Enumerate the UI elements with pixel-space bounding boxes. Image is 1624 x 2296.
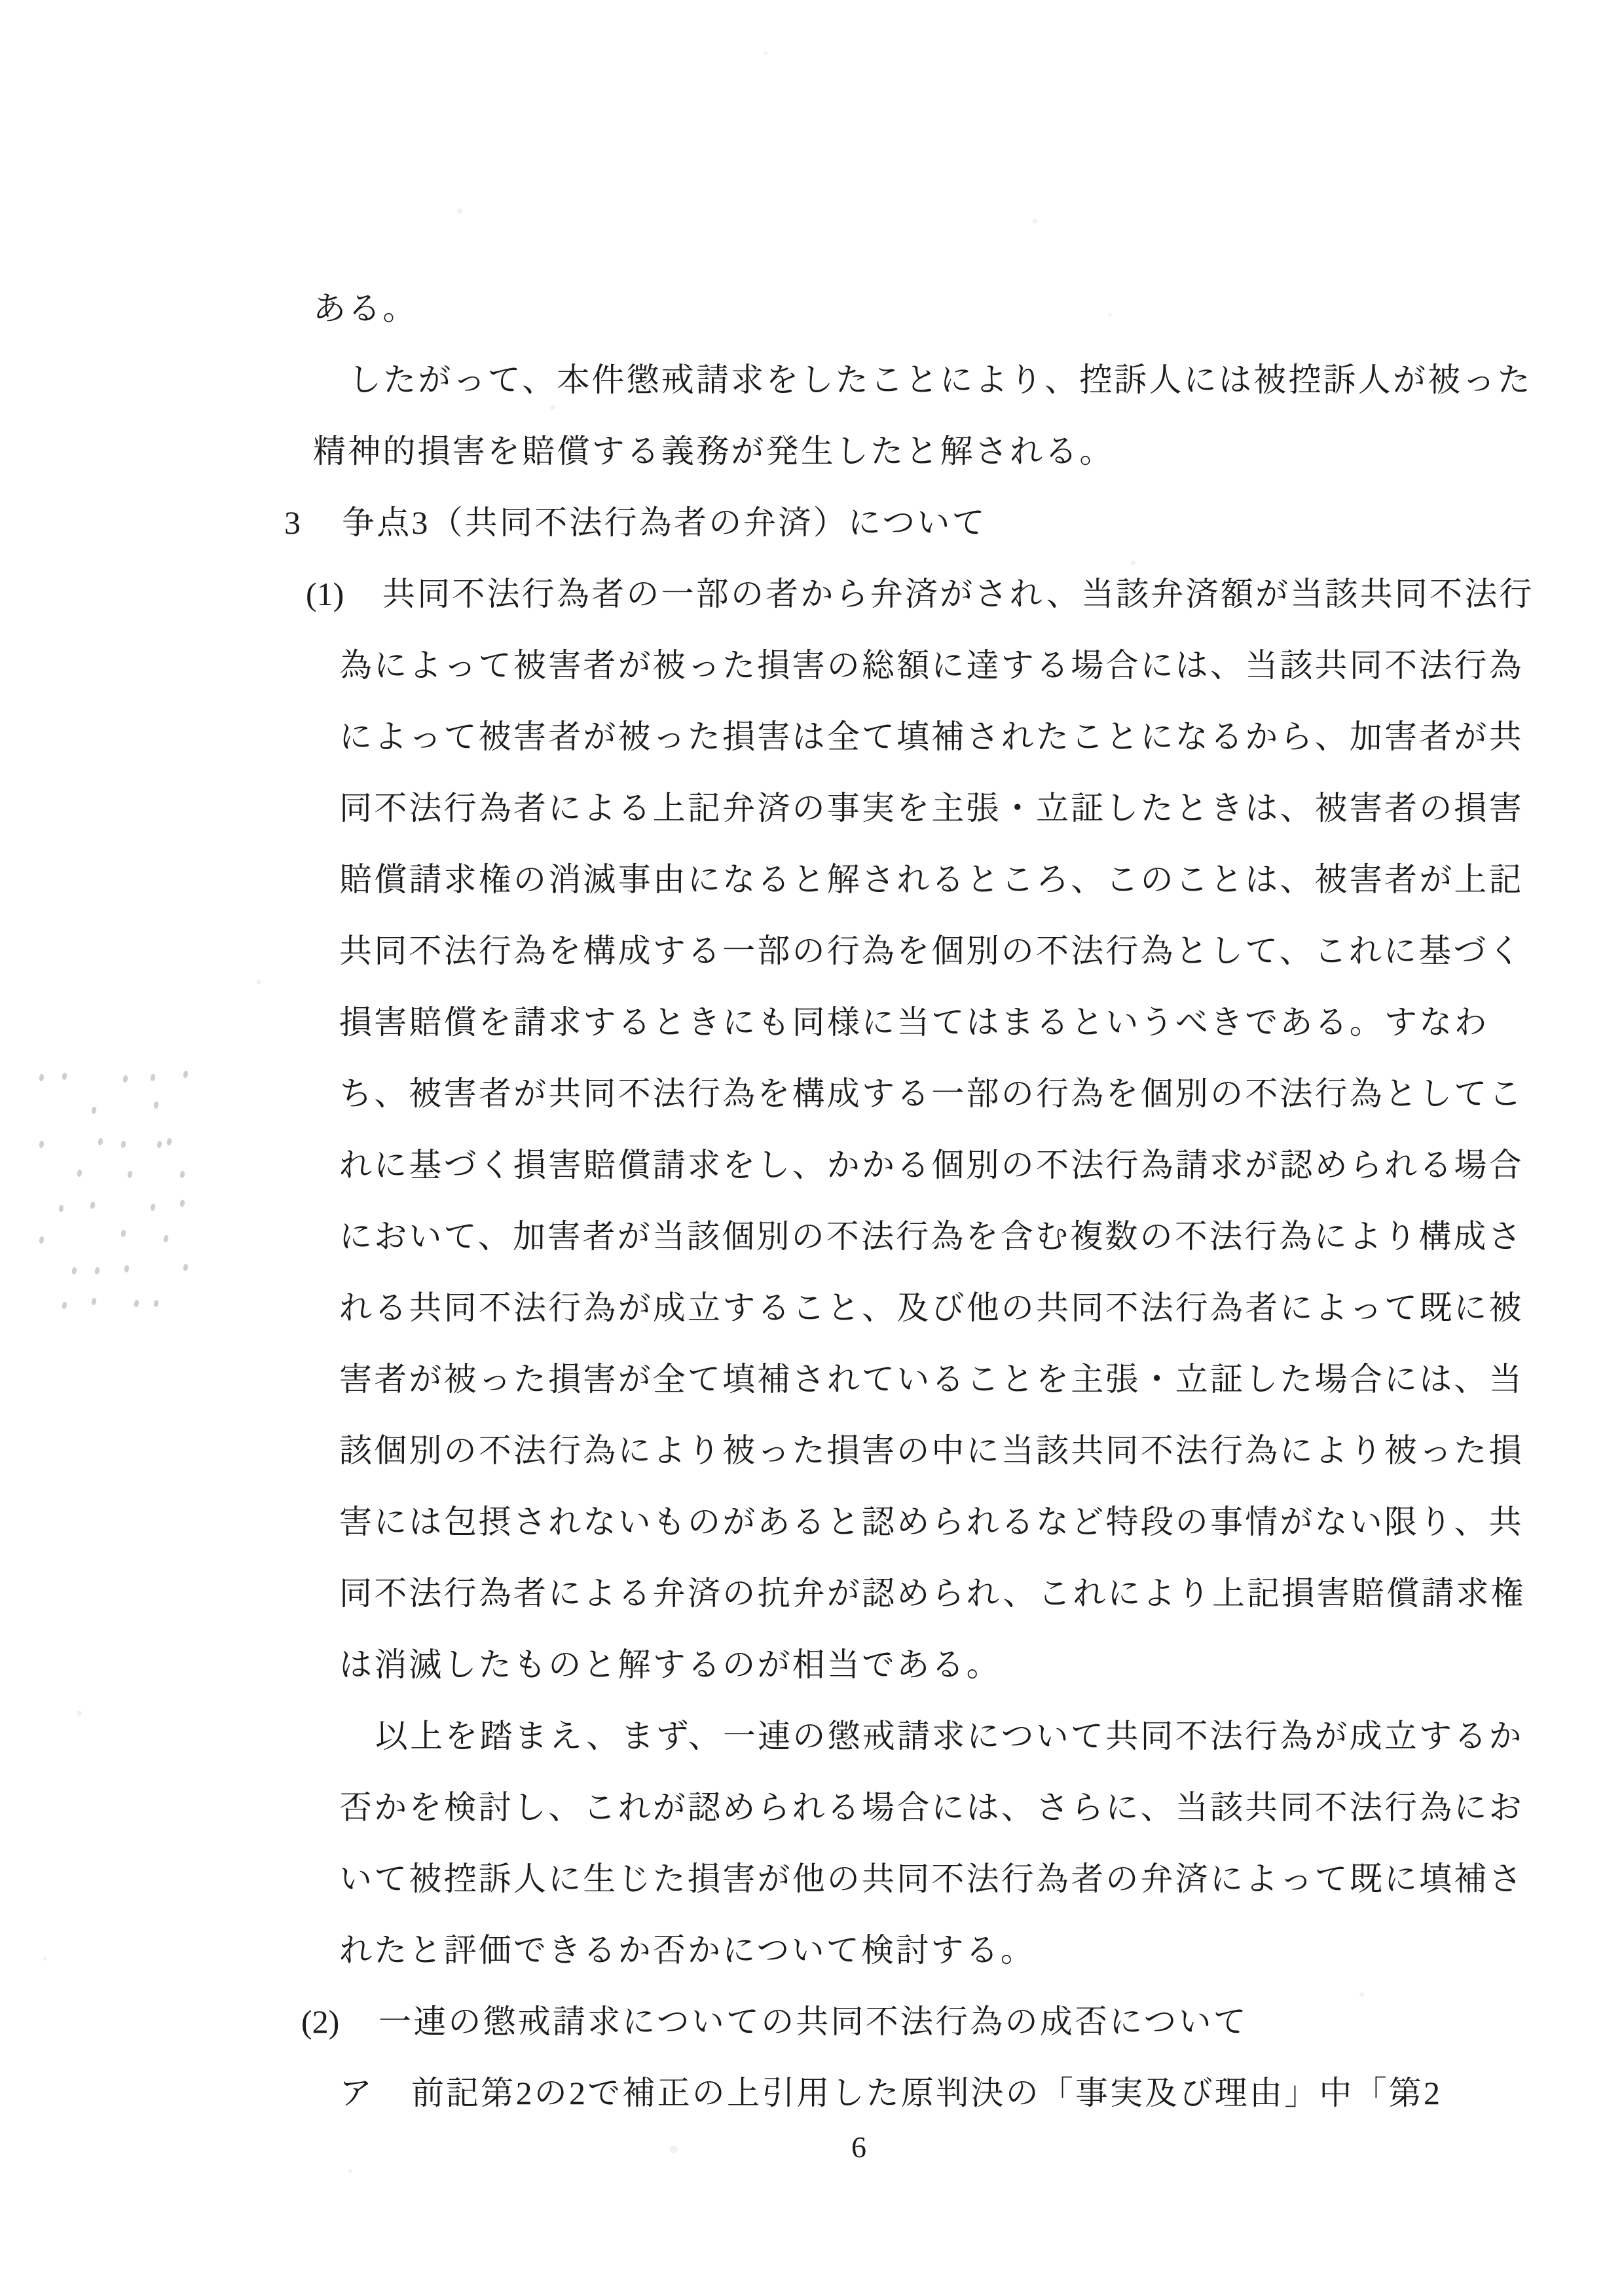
line-text: ち、被害者が共同不法行為を構成する一部の行為を個別の不法行為としてこ <box>339 1075 1524 1112</box>
line-text: ある。 <box>313 290 418 327</box>
scan-speck-artifact <box>1108 313 1112 317</box>
scan-dot-artifact <box>90 1201 96 1209</box>
text-line: 共同不法行為を構成する一部の行為を個別の不法行為として、これに基づく <box>339 928 1523 974</box>
text-line: 同不法行為者による弁済の抗弁が認められ、これにより上記損害賠償請求権 <box>339 1570 1526 1616</box>
scan-dot-artifact <box>163 1234 169 1242</box>
item-marker: (2) <box>301 1999 378 2045</box>
line-text: いて被控訴人に生じた損害が他の共同不法行為者の弁済によって既に填補さ <box>339 1861 1524 1897</box>
scan-dot-artifact <box>120 1140 126 1148</box>
text-line: したがって、本件懲戒請求をしたことにより、控訴人には被控訴人が被った <box>348 357 1532 403</box>
line-text: 争点3（共同不法行為者の弁済）について <box>342 504 987 541</box>
scan-dot-artifact <box>58 1204 64 1212</box>
line-text: は消滅したものと解するのが相当である。 <box>339 1646 1001 1683</box>
scan-speck-artifact <box>764 51 767 55</box>
scan-dot-artifact <box>150 1073 156 1081</box>
text-line: 害には包摂されないものがあると認められるなど特段の事情がない限り、共 <box>339 1499 1524 1545</box>
scan-dot-artifact <box>62 1072 67 1080</box>
scan-dot-artifact <box>127 1170 133 1178</box>
section-number: 3 <box>284 500 342 546</box>
scan-speck-artifact <box>1131 561 1135 565</box>
line-text: したがって、本件懲戒請求をしたことにより、控訴人には被控訴人が被った <box>348 361 1532 398</box>
line-text: 共同不法行為を構成する一部の行為を個別の不法行為として、これに基づく <box>339 933 1523 969</box>
section-heading-line: 3争点3（共同不法行為者の弁済）について <box>284 500 987 546</box>
scan-dot-artifact <box>94 1267 100 1274</box>
scan-dot-artifact <box>124 1265 130 1272</box>
line-text: 一連の懲戒請求についての共同不法行為の成否について <box>378 2003 1248 2040</box>
text-line: によって被害者が被った損害は全て填補されたことになるから、加害者が共 <box>339 714 1524 760</box>
text-line: 同不法行為者による上記弁済の事実を主張・立証したときは、被害者の損害 <box>339 785 1524 831</box>
text-line: ある。 <box>313 286 418 331</box>
text-line: いて被控訴人に生じた損害が他の共同不法行為者の弁済によって既に填補さ <box>339 1856 1524 1902</box>
scan-speck-artifact <box>457 208 462 213</box>
line-text: 以上を踏まえ、まず、一連の懲戒請求について共同不法行為が成立するか <box>375 1718 1524 1754</box>
text-line: 該個別の不法行為により被った損害の中に当該共同不法行為により被った損 <box>339 1428 1524 1473</box>
line-text: 為によって被害者が被った損害の総額に達する場合には、当該共同不法行為 <box>339 647 1524 684</box>
sub-item-line: ア前記第2の2で補正の上引用した原判決の「事実及び理由」中「第2 <box>339 2070 1442 2116</box>
line-text: によって被害者が被った損害は全て填補されたことになるから、加害者が共 <box>339 718 1524 755</box>
text-line: 精神的損害を賠償する義務が発生したと解される。 <box>313 428 1115 474</box>
line-text: 共同不法行為者の一部の者から弁済がされ、当該弁済額が当該共同不法行 <box>382 576 1534 612</box>
scanned-document-page: ある。 したがって、本件懲戒請求をしたことにより、控訴人には被控訴人が被った 精… <box>0 0 1624 2296</box>
scan-dot-artifact <box>183 1263 189 1271</box>
scan-dot-artifact <box>62 1301 67 1309</box>
line-text: 同不法行為者による上記弁済の事実を主張・立証したときは、被害者の損害 <box>339 790 1524 826</box>
text-line: 否かを検討し、これが認められる場合には、さらに、当該共同不法行為にお <box>339 1785 1524 1830</box>
text-line: において、加害者が当該個別の不法行為を含む複数の不法行為により構成さ <box>339 1213 1523 1259</box>
scan-speck-artifact <box>670 2145 678 2153</box>
scan-speck-artifact <box>257 980 261 984</box>
line-text: 害者が被った損害が全て填補されていることを主張・立証した場合には、当 <box>339 1361 1524 1398</box>
text-line: 害者が被った損害が全て填補されていることを主張・立証した場合には、当 <box>339 1356 1524 1402</box>
line-text: 同不法行為者による弁済の抗弁が認められ、これにより上記損害賠償請求権 <box>339 1575 1526 1612</box>
line-text: 該個別の不法行為により被った損害の中に当該共同不法行為により被った損 <box>339 1432 1524 1469</box>
page-number: 6 <box>851 2130 866 2164</box>
scan-dot-artifact <box>153 1101 159 1109</box>
scan-dot-artifact <box>39 1236 45 1244</box>
scan-speck-artifact <box>1033 219 1037 223</box>
scan-dot-artifact <box>183 1070 189 1078</box>
scan-speck-artifact <box>348 2169 352 2173</box>
text-line: れる共同不法行為が成立すること、及び他の共同不法行為者によって既に被 <box>339 1285 1524 1331</box>
line-text: れたと評価できるか否かについて検討する。 <box>339 1932 1035 1969</box>
scan-dot-artifact <box>91 1106 97 1114</box>
line-text: 賠償請求権の消滅事由になると解されるところ、このことは、被害者が上記 <box>339 861 1524 898</box>
scan-dot-artifact <box>98 1138 103 1145</box>
line-text: 精神的損害を賠償する義務が発生したと解される。 <box>313 433 1115 470</box>
item-line: (1)共同不法行為者の一部の者から弁済がされ、当該弁済額が当該共同不法行 <box>306 571 1534 617</box>
line-text: 損害賠償を請求するときにも同様に当てはまるというべきである。すなわ <box>339 1004 1489 1041</box>
item-line: (2)一連の懲戒請求についての共同不法行為の成否について <box>301 1999 1248 2045</box>
scan-speck-artifact <box>1359 1992 1364 1997</box>
scan-speck-artifact <box>550 405 555 410</box>
text-line: れたと評価できるか否かについて検討する。 <box>339 1927 1035 1973</box>
text-line: ち、被害者が共同不法行為を構成する一部の行為を個別の不法行為としてこ <box>339 1071 1524 1117</box>
text-line: 以上を踏まえ、まず、一連の懲戒請求について共同不法行為が成立するか <box>375 1713 1524 1759</box>
scan-dot-artifact <box>166 1138 172 1145</box>
scan-dot-artifact <box>77 1169 83 1177</box>
sub-item-marker: ア <box>339 2070 411 2116</box>
scan-dot-artifact <box>134 1299 139 1307</box>
scan-dot-artifact <box>157 1140 162 1148</box>
text-line: れに基づく損害賠償請求をし、かかる個別の不法行為請求が認められる場合 <box>339 1142 1524 1188</box>
scan-dot-artifact <box>39 1073 45 1081</box>
line-text: れに基づく損害賠償請求をし、かかる個別の不法行為請求が認められる場合 <box>339 1147 1524 1183</box>
scan-dot-artifact <box>71 1267 77 1274</box>
scan-dot-artifact <box>179 1199 185 1207</box>
line-text: において、加害者が当該個別の不法行為を含む複数の不法行為により構成さ <box>339 1218 1523 1255</box>
item-marker: (1) <box>306 571 382 617</box>
scan-dot-artifact <box>122 1075 128 1083</box>
line-text: 否かを検討し、これが認められる場合には、さらに、当該共同不法行為にお <box>339 1789 1524 1826</box>
scan-dot-artifact <box>150 1203 156 1211</box>
scan-dot-artifact <box>153 1299 159 1307</box>
scan-speck-artifact <box>1370 388 1374 392</box>
scan-dot-artifact <box>39 1140 45 1148</box>
text-line: 為によって被害者が被った損害の総額に達する場合には、当該共同不法行為 <box>339 642 1524 688</box>
line-text: 害には包摂されないものがあると認められるなど特段の事情がない限り、共 <box>339 1504 1524 1540</box>
text-line: は消滅したものと解するのが相当である。 <box>339 1642 1001 1688</box>
line-text: 前記第2の2で補正の上引用した原判決の「事実及び理由」中「第2 <box>411 2075 1442 2111</box>
scan-dot-artifact <box>120 1229 126 1237</box>
text-line: 損害賠償を請求するときにも同様に当てはまるというべきである。すなわ <box>339 999 1489 1045</box>
scan-speck-artifact <box>77 1711 82 1716</box>
scan-speck-artifact <box>43 1957 47 1961</box>
scan-dot-artifact <box>179 1170 185 1178</box>
line-text: れる共同不法行為が成立すること、及び他の共同不法行為者によって既に被 <box>339 1289 1524 1326</box>
scan-dot-artifact <box>91 1297 97 1305</box>
text-line: 賠償請求権の消滅事由になると解されるところ、このことは、被害者が上記 <box>339 857 1524 902</box>
